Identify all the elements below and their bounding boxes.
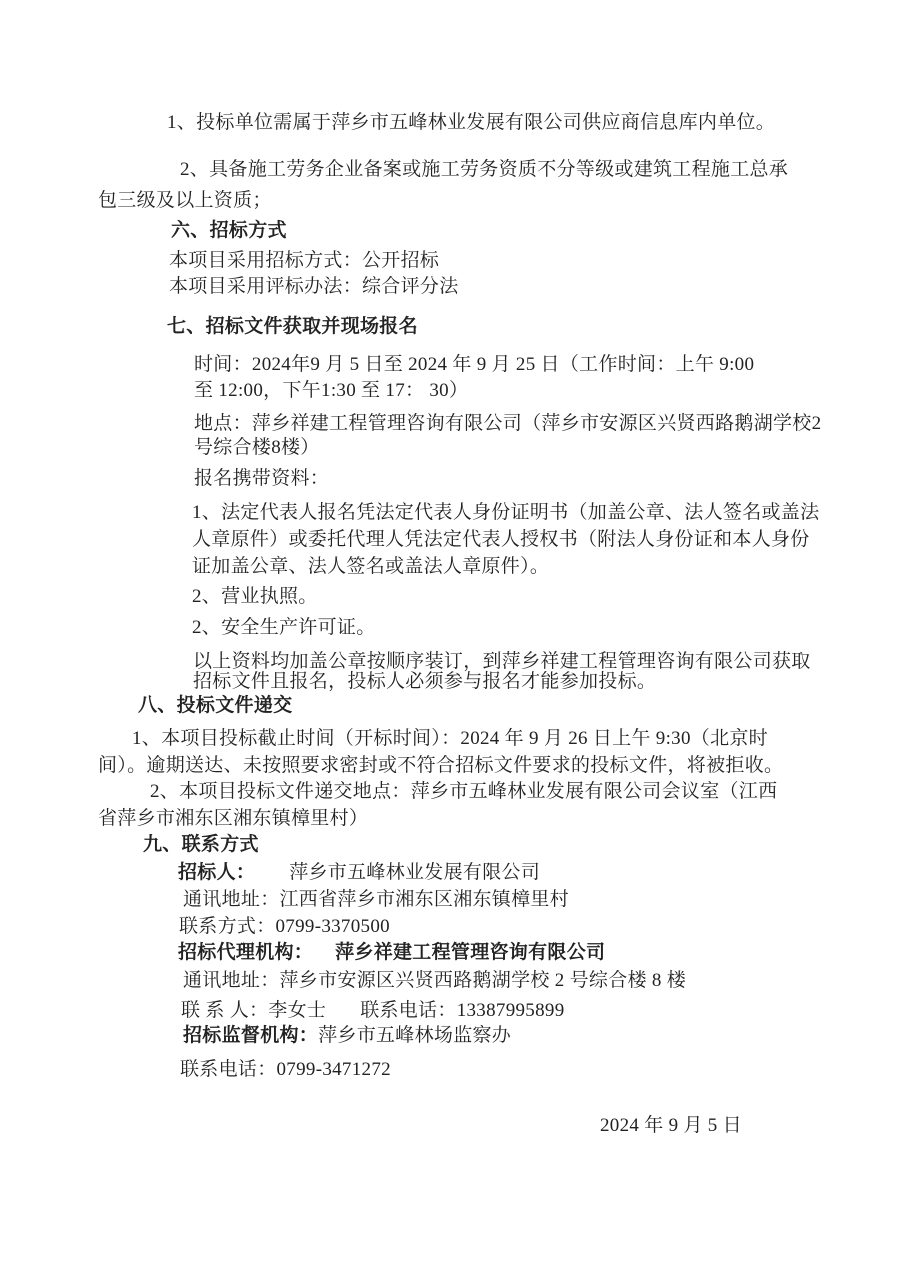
text-run: 2、本项目投标文件递交地点：萍乡市五峰林业发展有限公司会议室（江西: [150, 781, 777, 802]
text-run: 1、投标单位需属于萍乡市五峰林业发展有限公司供应商信息库内单位。: [167, 112, 775, 133]
text-run: 2、安全生产许可证。: [192, 617, 376, 638]
text-run: 号综合楼8楼）: [194, 437, 320, 458]
agency-line: 招标代理机构：萍乡祥建工程管理咨询有限公司: [178, 940, 605, 966]
doc-acquisition-time: 时间：2024年9 月 5 日至 2024 年 9 月 25 日（工作时间：上午…: [194, 352, 754, 404]
text-run: 时间：2024年9 月 5 日至 2024 年 9 月 25 日（工作时间：上午…: [194, 354, 754, 375]
agency-name: 萍乡祥建工程管理咨询有限公司: [335, 942, 605, 963]
tenderer-line: 招标人：萍乡市五峰林业发展有限公司: [178, 860, 540, 886]
text-run: 2、具备施工劳务企业备案或施工劳务资质不分等级或建筑工程施工总承: [180, 159, 788, 180]
text-run: 间）。逾期送达、未按照要求密封或不符合招标文件要求的投标文件，将被拒收。: [98, 755, 783, 776]
agency-contact-person: 联 系 人：李女士联系电话：13387995899: [181, 998, 565, 1024]
agency-address: 通讯地址：萍乡市安源区兴贤西路鹅湖学校 2 号综合楼 8 楼: [183, 968, 686, 994]
heading-section-6: 六、招标方式: [171, 218, 287, 244]
heading-section-8: 八、投标文件递交: [138, 693, 292, 719]
text-run: 联系电话：0799-3471272: [180, 1059, 391, 1080]
tenderer-name: 萍乡市五峰林业发展有限公司: [289, 862, 540, 883]
registration-materials-label: 报名携带资料：: [194, 466, 329, 492]
text-run: 联系方式：0799-3370500: [179, 916, 390, 937]
text-run: 六、招标方式: [171, 220, 287, 241]
document-page: 1、投标单位需属于萍乡市五峰林业发展有限公司供应商信息库内单位。2、具备施工劳务…: [0, 0, 900, 1273]
eligibility-item-2: 2、具备施工劳务企业备案或施工劳务资质不分等级或建筑工程施工总承包三级及以上资质…: [98, 154, 788, 216]
text-run: 本项目采用评标办法：综合评分法: [169, 276, 459, 297]
agency-label: 招标代理机构：: [178, 942, 313, 963]
material-item-2: 2、营业执照。: [192, 584, 318, 610]
tenderer-label: 招标人：: [178, 862, 255, 883]
submission-deadline: 1、本项目投标截止时间（开标时间）：2024 年 9 月 26 日上午 9:30…: [98, 725, 783, 779]
text-run: 通讯地址：萍乡市安源区兴贤西路鹅湖学校 2 号综合楼 8 楼: [183, 970, 686, 991]
doc-acquisition-place: 地点：萍乡祥建工程管理咨询有限公司（萍乡市安源区兴贤西路鹅湖学校2号综合楼8楼）: [194, 412, 821, 460]
agency-contact-name: 联 系 人：李女士: [181, 1000, 326, 1021]
text-run: 招标文件且报名，投标人必须参与报名才能参加投标。: [193, 671, 656, 692]
evaluation-method-line: 本项目采用评标办法：综合评分法: [169, 274, 459, 300]
text-run: 通讯地址：江西省萍乡市湘东区湘东镇樟里村: [183, 889, 569, 910]
text-run: 地点：萍乡祥建工程管理咨询有限公司（萍乡市安源区兴贤西路鹅湖学校2: [194, 413, 821, 434]
text-run: 七、招标文件获取并现场报名: [167, 316, 418, 337]
text-run: 2024 年 9 月 5 日: [600, 1115, 742, 1136]
tenderer-address: 通讯地址：江西省萍乡市湘东区湘东镇樟里村: [183, 887, 569, 913]
text-run: 以上资料均加盖公章按顺序装订，到萍乡祥建工程管理咨询有限公司获取: [193, 651, 811, 672]
text-run: 省萍乡市湘东区湘东镇樟里村）: [98, 808, 368, 829]
text-run: 至 12:00，下午1:30 至 17： 30）: [194, 380, 468, 401]
supervision-name: 萍乡市五峰林场监察办: [318, 1025, 511, 1046]
text-run: 包三级及以上资质；: [98, 190, 272, 211]
material-item-1: 1、法定代表人报名凭法定代表人身份证明书（加盖公章、法人签名或盖法人章原件）或委…: [192, 499, 819, 580]
date-line: 2024 年 9 月 5 日: [600, 1113, 742, 1139]
heading-section-7: 七、招标文件获取并现场报名: [167, 314, 418, 340]
text-run: 报名携带资料：: [194, 468, 329, 489]
tenderer-contact: 联系方式：0799-3370500: [179, 914, 390, 940]
text-run: 1、法定代表人报名凭法定代表人身份证明书（加盖公章、法人签名或盖法: [192, 502, 819, 523]
text-run: 九、联系方式: [143, 834, 259, 855]
text-run: 八、投标文件递交: [138, 695, 292, 716]
material-item-3: 2、安全生产许可证。: [192, 615, 376, 641]
supervision-phone: 联系电话：0799-3471272: [180, 1057, 391, 1083]
heading-section-9: 九、联系方式: [143, 832, 259, 858]
text-run: 本项目采用招标方式：公开招标: [169, 250, 439, 271]
submission-place: 2、本项目投标文件递交地点：萍乡市五峰林业发展有限公司会议室（江西省萍乡市湘东区…: [98, 778, 777, 832]
agency-contact-phone: 联系电话：13387995899: [360, 1000, 564, 1021]
supervision-label: 招标监督机构：: [183, 1025, 318, 1046]
text-run: 2、营业执照。: [192, 586, 318, 607]
text-run: 人章原件）或委托代理人凭法定代表人授权书（附法人身份证和本人身份: [192, 529, 810, 550]
text-run: 证加盖公章、法人签名或盖法人章原件）。: [192, 556, 549, 577]
supervision-line: 招标监督机构：萍乡市五峰林场监察办: [183, 1023, 511, 1049]
eligibility-item-1: 1、投标单位需属于萍乡市五峰林业发展有限公司供应商信息库内单位。: [167, 110, 775, 136]
binding-note: 以上资料均加盖公章按顺序装订，到萍乡祥建工程管理咨询有限公司获取招标文件且报名，…: [193, 652, 811, 692]
text-run: 1、本项目投标截止时间（开标时间）：2024 年 9 月 26 日上午 9:30…: [132, 728, 768, 749]
bidding-method-line: 本项目采用招标方式：公开招标: [169, 248, 439, 274]
